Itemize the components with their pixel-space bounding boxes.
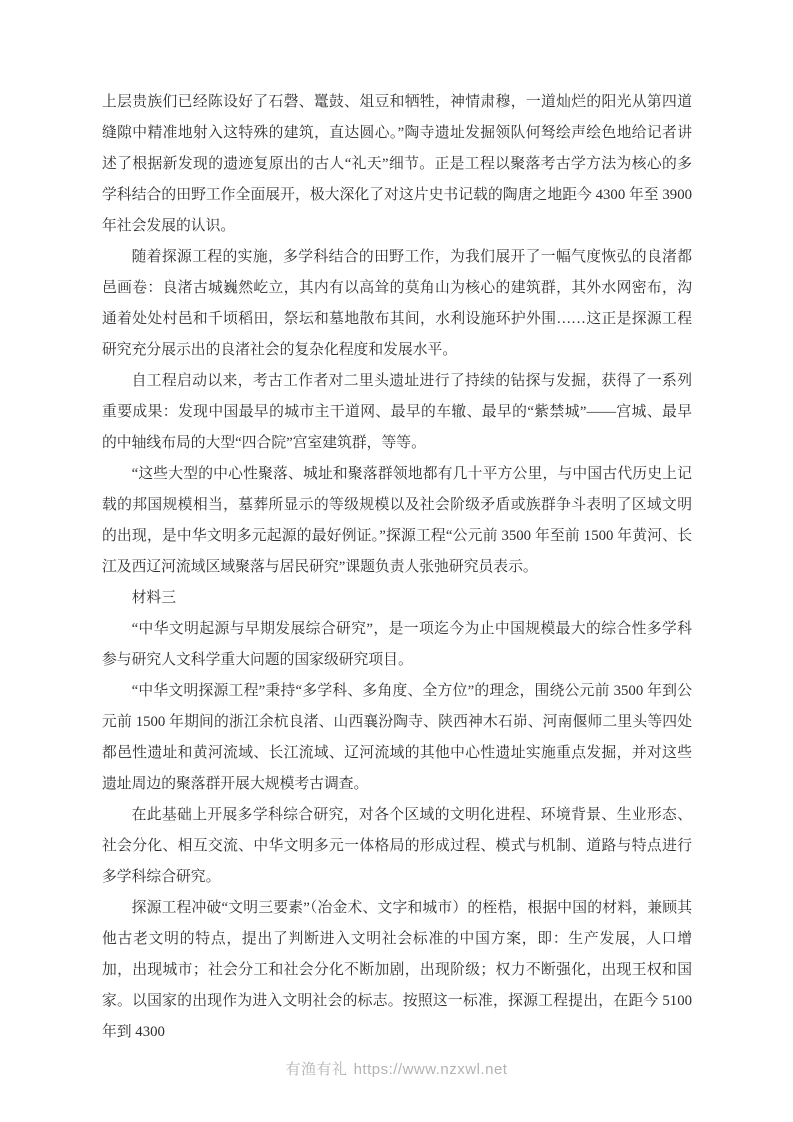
document-page: 上层贵族们已经陈设好了石磬、鼍鼓、俎豆和牺牲，神情肃穆，一道灿烂的阳光从第四道缝…	[0, 0, 793, 1122]
body-paragraph: 探源工程冲破“文明三要素”（冶金术、文字和城市）的桎梏，根据中国的材料，兼顾其他…	[102, 893, 692, 1048]
watermark-brand: 有渔有礼	[286, 1061, 348, 1078]
document-body: 上层贵族们已经陈设好了石磬、鼍鼓、俎豆和牺牲，神情肃穆，一道灿烂的阳光从第四道缝…	[102, 87, 692, 1048]
material-three-heading: 材料三	[102, 583, 692, 614]
body-paragraph: 随着探源工程的实施，多学科结合的田野工作，为我们展开了一幅气度恢弘的良渚都邑画卷…	[102, 242, 692, 366]
continuation-paragraph: 上层贵族们已经陈设好了石磬、鼍鼓、俎豆和牺牲，神情肃穆，一道灿烂的阳光从第四道缝…	[102, 87, 692, 242]
body-paragraph: “中华文明起源与早期发展综合研究”，是一项迄今为止中国规模最大的综合性多学科参与…	[102, 614, 692, 676]
watermark-url: https://www.nzxwl.net	[354, 1061, 508, 1078]
body-paragraph: 在此基础上开展多学科综合研究，对各个区域的文明化进程、环境背景、生业形态、社会分…	[102, 800, 692, 893]
body-paragraph: “中华文明探源工程”秉持“多学科、多角度、全方位”的理念，围绕公元前 3500 …	[102, 676, 692, 800]
body-paragraph: “这些大型的中心性聚落、城址和聚落群领地都有几十平方公里，与中国古代历史上记载的…	[102, 459, 692, 583]
watermark-footer: 有渔有礼https://www.nzxwl.net	[0, 1058, 793, 1082]
body-paragraph: 自工程启动以来，考古工作者对二里头遗址进行了持续的钻探与发掘，获得了一系列重要成…	[102, 366, 692, 459]
